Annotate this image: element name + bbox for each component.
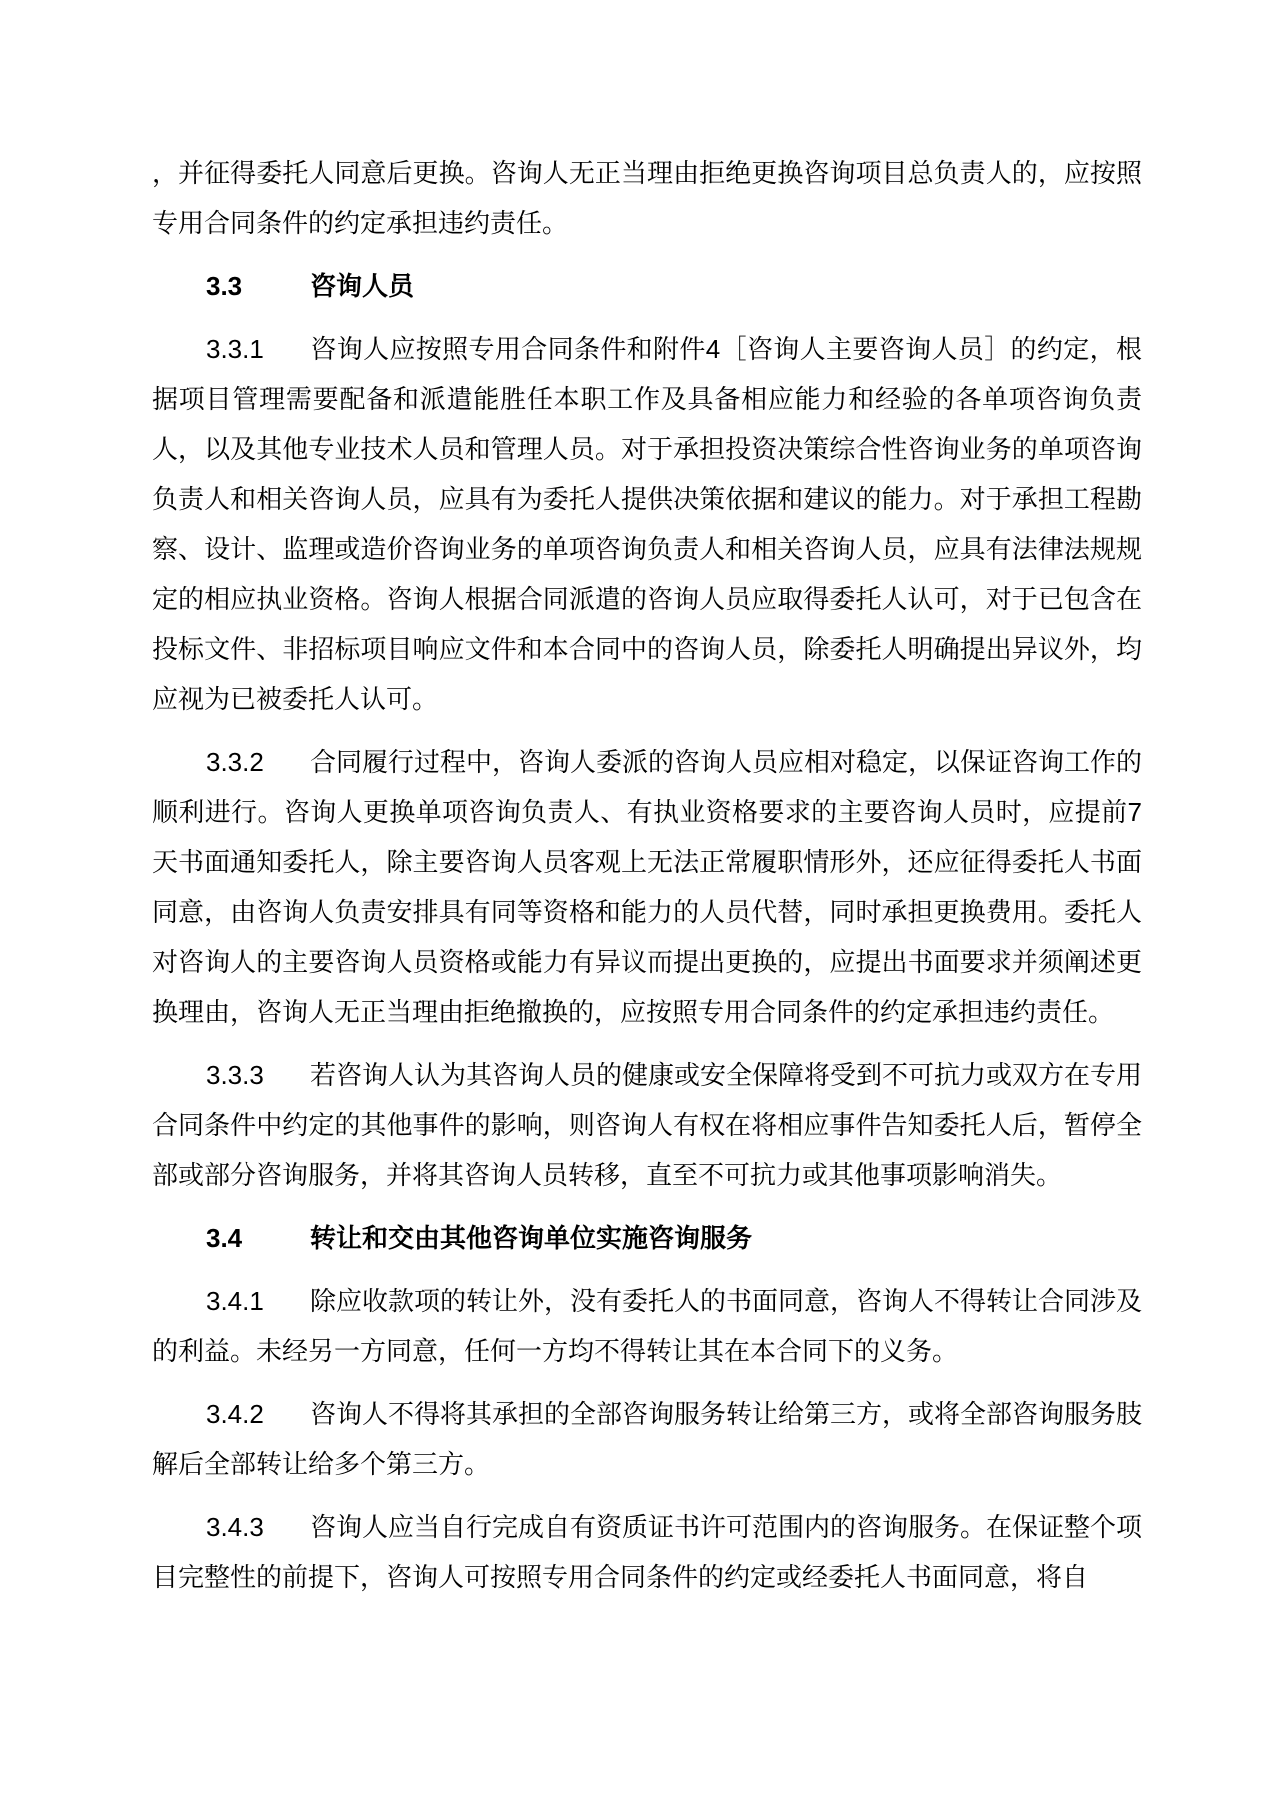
clause-3-3-2: 3.3.2合同履行过程中，咨询人委派的咨询人员应相对稳定，以保证咨询工作的顺利进… <box>152 737 1142 1037</box>
section-heading-3-4: 3.4转让和交由其他咨询单位实施咨询服务 <box>152 1213 1142 1263</box>
clause-3-4-3: 3.4.3咨询人应当自行完成自有资质证书许可范围内的咨询服务。在保证整个项目完整… <box>152 1502 1142 1602</box>
clause-number: 3.3.3 <box>206 1050 310 1100</box>
clause-3-4-2: 3.4.2咨询人不得将其承担的全部咨询服务转让给第三方，或将全部咨询服务肢解后全… <box>152 1389 1142 1489</box>
clause-3-4-1: 3.4.1除应收款项的转让外，没有委托人的书面同意，咨询人不得转让合同涉及的利益… <box>152 1276 1142 1376</box>
clause-text: 合同履行过程中，咨询人委派的咨询人员应相对稳定，以保证咨询工作的顺利进行。咨询人… <box>152 747 1142 1027</box>
clause-text: ，并征得委托人同意后更换。咨询人无正当理由拒绝更换咨询项目总负责人的，应按照专用… <box>152 158 1142 238</box>
section-number: 3.4 <box>206 1213 310 1263</box>
clause-number: 3.4.2 <box>206 1389 310 1439</box>
clause-number: 3.3.2 <box>206 737 310 787</box>
section-heading-3-3: 3.3咨询人员 <box>152 261 1142 311</box>
clause-text: 咨询人应按照专用合同条件和附件4［咨询人主要咨询人员］的约定，根据项目管理需要配… <box>152 334 1142 714</box>
section-title: 转让和交由其他咨询单位实施咨询服务 <box>310 1223 752 1253</box>
clause-number: 3.4.1 <box>206 1276 310 1326</box>
clause-number: 3.3.1 <box>206 324 310 374</box>
document-page: ，并征得委托人同意后更换。咨询人无正当理由拒绝更换咨询项目总负责人的，应按照专用… <box>0 0 1280 1810</box>
clause-continuation-paragraph: ，并征得委托人同意后更换。咨询人无正当理由拒绝更换咨询项目总负责人的，应按照专用… <box>152 148 1142 248</box>
clause-3-3-3: 3.3.3若咨询人认为其咨询人员的健康或安全保障将受到不可抗力或双方在专用合同条… <box>152 1050 1142 1200</box>
clause-number: 3.4.3 <box>206 1502 310 1552</box>
section-number: 3.3 <box>206 261 310 311</box>
section-title: 咨询人员 <box>310 271 414 301</box>
clause-3-3-1: 3.3.1咨询人应按照专用合同条件和附件4［咨询人主要咨询人员］的约定，根据项目… <box>152 324 1142 724</box>
